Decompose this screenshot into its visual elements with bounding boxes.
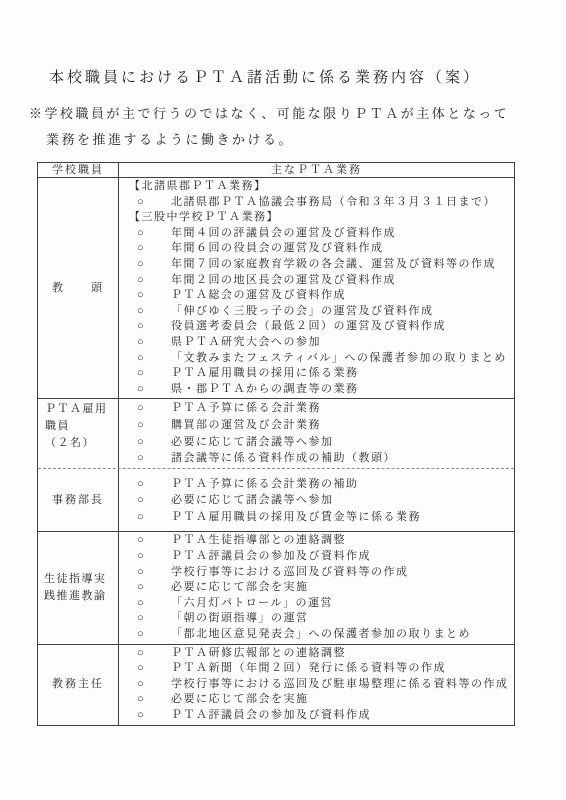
circle-bullet-icon: ○ [129,382,171,398]
duty-item: ○必要に応じて部会を実施 [129,692,512,708]
duty-item: ○ＰＴＡ雇用職員の採用に係る業務 [129,366,512,382]
duty-text: 「文教みまたフェスティバル」への保護者参加の取りまとめ [171,351,507,367]
duty-item: ○年間２回の地区長会の運営及び資料作成 [129,273,512,289]
duty-text: 「朝の街頭指導」の運営 [171,611,309,627]
duty-text: 「伸びゆく三股っ子の会」の運営及び資料作成 [171,304,434,320]
duty-text: 諸会議等に係る資料作成の補助（教頭） [171,450,396,467]
staff-cell: ＰＴＡ雇用職員（２名） [38,399,119,467]
duty-item: ○「六月灯パトロール」の運営 [129,596,512,612]
header-duties-column: 主なＰＴＡ業務 [119,163,514,177]
circle-bullet-icon: ○ [129,708,171,724]
duty-text: ＰＴＡ総会の運営及び資料作成 [171,288,346,304]
duty-text: 必要に応じて部会を実施 [171,580,309,596]
duty-item: ○年間６回の役員会の運営及び資料作成 [129,241,512,257]
duty-item: ○ＰＴＡ評議員会の参加及び資料作成 [129,708,512,724]
circle-bullet-icon: ○ [129,533,171,549]
duty-item: ○年間７回の家庭教育学級の各会議、運営及び資料等の作成 [129,257,512,273]
duty-item: ○北諸県郡ＰＴＡ協議会事務局（令和３年３月３１日まで） [129,195,512,211]
duty-text: ＰＴＡ予算に係る会計業務の補助 [171,476,359,493]
circle-bullet-icon: ○ [129,351,171,367]
circle-bullet-icon: ○ [129,288,171,304]
circle-bullet-icon: ○ [129,257,171,273]
duty-text: 購買部の運営及び会計業務 [171,417,321,434]
circle-bullet-icon: ○ [129,450,171,467]
circle-bullet-icon: ○ [129,366,171,382]
duty-item: ○必要に応じて諸会議等へ参加 [129,434,512,451]
table-row: 教 頭 【北諸県郡ＰＴＡ業務】○北諸県郡ＰＴＡ協議会事務局（令和３年３月３１日ま… [38,178,514,398]
duties-cell: ○ＰＴＡ生徒指導部との連絡調整○ＰＴＡ評議員会の参加及び資料作成○学校行事等にお… [119,532,514,643]
duty-text: 県ＰＴＡ研究大会への参加 [171,335,321,351]
duty-item: ○県ＰＴＡ研究大会への参加 [129,335,512,351]
duty-text: ＰＴＡ生徒指導部との連絡調整 [171,533,346,549]
header-staff-column: 学校職員 [38,163,119,177]
circle-bullet-icon: ○ [129,646,171,662]
duty-item: ○「朝の街頭指導」の運営 [129,611,512,627]
duty-item: ○ＰＴＡ研修広報部との連絡調整 [129,646,512,662]
staff-label-line: 生徒指導実 [44,571,107,588]
table-row: 事務部長 ○ＰＴＡ予算に係る会計業務の補助○必要に応じて諸会議等へ参加○ＰＴＡ雇… [38,468,514,532]
document-title: 本校職員におけるＰＴＡ諸活動に係る業務内容（案） [0,66,530,87]
table-rows: 教 頭 【北諸県郡ＰＴＡ業務】○北諸県郡ＰＴＡ協議会事務局（令和３年３月３１日ま… [38,178,514,725]
duty-text: 必要に応じて諸会議等へ参加 [171,434,334,451]
circle-bullet-icon: ○ [129,627,171,643]
duty-item: ○ＰＴＡ生徒指導部との連絡調整 [129,533,512,549]
duties-table: 学校職員 主なＰＴＡ業務 教 頭 【北諸県郡ＰＴＡ業務】○北諸県郡ＰＴＡ協議会事… [37,162,515,726]
staff-label-line: 職員 [45,418,70,435]
duty-text: 学校行事等における巡回及び資料等の作成 [171,565,409,581]
duty-item: ○県・郡ＰＴＡからの調査等の業務 [129,382,512,398]
scanned-document-page: 本校職員におけるＰＴＡ諸活動に係る業務内容（案） ※学校職員が主で行うのではなく… [0,0,566,800]
duty-item: ○学校行事等における巡回及び駐車場整理に係る資料等の作成 [129,677,512,693]
staff-cell: 教 頭 [38,178,119,398]
circle-bullet-icon: ○ [129,304,171,320]
table-header-row: 学校職員 主なＰＴＡ業務 [38,163,514,178]
duty-text: 年間６回の役員会の運営及び資料作成 [171,241,384,257]
note: ※学校職員が主で行うのではなく、可能な限りＰＴＡが主体となって 業務を推進するよ… [29,101,566,153]
circle-bullet-icon: ○ [129,273,171,289]
section-heading: 【北諸県郡ＰＴＡ業務】 [129,179,512,195]
staff-label-line: 教務主任 [52,676,104,693]
duty-text: ＰＴＡ評議員会の参加及び資料作成 [171,549,371,565]
duty-text: 年間７回の家庭教育学級の各会議、運営及び資料等の作成 [171,257,496,273]
duty-item: ○ＰＴＡ総会の運営及び資料作成 [129,288,512,304]
duty-text: 「六月灯パトロール」の運営 [171,596,333,612]
circle-bullet-icon: ○ [129,692,171,708]
table-row: 生徒指導実践推進教諭 ○ＰＴＡ生徒指導部との連絡調整○ＰＴＡ評議員会の参加及び資… [38,531,514,643]
circle-bullet-icon: ○ [129,661,171,677]
staff-label-line: ＰＴＡ雇用 [45,401,108,418]
staff-cell: 教務主任 [38,645,119,725]
duty-item: ○学校行事等における巡回及び資料等の作成 [129,565,512,581]
circle-bullet-icon: ○ [129,319,171,335]
duty-item: ○年間４回の評議員会の運営及び資料作成 [129,226,512,242]
note-line-2: 業務を推進するように働きかける。 [46,127,566,153]
note-line-1: ※学校職員が主で行うのではなく、可能な限りＰＴＡが主体となって [29,101,566,127]
circle-bullet-icon: ○ [129,226,171,242]
staff-cell: 生徒指導実践推進教諭 [38,532,119,643]
duty-text: 学校行事等における巡回及び駐車場整理に係る資料等の作成 [171,677,509,693]
duty-item: ○「伸びゆく三股っ子の会」の運営及び資料作成 [129,304,512,320]
duty-text: ＰＴＡ雇用職員の採用に係る業務 [171,366,359,382]
duty-item: ○購買部の運営及び会計業務 [129,417,512,434]
duty-text: ＰＴＡ雇用職員の採用及び賃金等に係る業務 [171,509,421,526]
circle-bullet-icon: ○ [129,400,171,417]
duties-cell: ○ＰＴＡ予算に係る会計業務の補助○必要に応じて諸会議等へ参加○ＰＴＡ雇用職員の採… [119,469,514,532]
circle-bullet-icon: ○ [129,509,171,526]
duty-item: ○ＰＴＡ予算に係る会計業務 [129,400,512,417]
staff-label-line: （２名） [45,435,95,452]
duty-item: ○ＰＴＡ新聞（年間２回）発行に係る資料等の作成 [129,661,512,677]
duty-text: ＰＴＡ新聞（年間２回）発行に係る資料等の作成 [171,661,446,677]
table-row: ＰＴＡ雇用職員（２名） ○ＰＴＡ予算に係る会計業務○購買部の運営及び会計業務○必… [38,398,514,467]
staff-label-line: 教 頭 [52,280,104,297]
duties-cell: ○ＰＴＡ予算に係る会計業務○購買部の運営及び会計業務○必要に応じて諸会議等へ参加… [119,399,514,467]
duty-text: 役員選考委員会（最低２回）の運営及び資料作成 [171,319,446,335]
staff-label-line: 践推進教諭 [44,588,107,605]
circle-bullet-icon: ○ [129,580,171,596]
duty-item: ○役員選考委員会（最低２回）の運営及び資料作成 [129,319,512,335]
circle-bullet-icon: ○ [129,549,171,565]
duty-item: ○諸会議等に係る資料作成の補助（教頭） [129,450,512,467]
circle-bullet-icon: ○ [129,417,171,434]
duty-text: 北諸県郡ＰＴＡ協議会事務局（令和３年３月３１日まで） [171,195,496,211]
duty-text: 必要に応じて諸会議等へ参加 [171,492,334,509]
duty-text: ＰＴＡ研修広報部との連絡調整 [171,646,346,662]
duty-item: ○必要に応じて諸会議等へ参加 [129,492,512,509]
duty-item: ○必要に応じて部会を実施 [129,580,512,596]
circle-bullet-icon: ○ [129,611,171,627]
circle-bullet-icon: ○ [129,492,171,509]
duty-text: 年間４回の評議員会の運営及び資料作成 [171,226,396,242]
staff-label-line: 事務部長 [52,492,104,509]
duty-text: 年間２回の地区長会の運営及び資料作成 [171,273,396,289]
duty-text: ＰＴＡ予算に係る会計業務 [171,400,321,417]
duties-cell: 【北諸県郡ＰＴＡ業務】○北諸県郡ＰＴＡ協議会事務局（令和３年３月３１日まで）【三… [119,178,514,398]
staff-cell: 事務部長 [38,469,119,532]
duty-item: ○ＰＴＡ評議員会の参加及び資料作成 [129,549,512,565]
section-heading: 【三股中学校ＰＴＡ業務】 [129,210,512,226]
duty-item: ○ＰＴＡ予算に係る会計業務の補助 [129,476,512,493]
duty-text: ＰＴＡ評議員会の参加及び資料作成 [171,708,371,724]
circle-bullet-icon: ○ [129,565,171,581]
circle-bullet-icon: ○ [129,195,171,211]
duty-item: ○「文教みまたフェスティバル」への保護者参加の取りまとめ [129,351,512,367]
duty-text: 県・郡ＰＴＡからの調査等の業務 [171,382,359,398]
duty-text: 「都北地区意見発表会」への保護者参加の取りまとめ [171,627,471,643]
circle-bullet-icon: ○ [129,596,171,612]
duties-cell: ○ＰＴＡ研修広報部との連絡調整○ＰＴＡ新聞（年間２回）発行に係る資料等の作成○学… [119,645,514,725]
duty-text: 必要に応じて部会を実施 [171,692,309,708]
circle-bullet-icon: ○ [129,677,171,693]
duty-item: ○ＰＴＡ雇用職員の採用及び賃金等に係る業務 [129,509,512,526]
table-row: 教務主任 ○ＰＴＡ研修広報部との連絡調整○ＰＴＡ新聞（年間２回）発行に係る資料等… [38,644,514,725]
circle-bullet-icon: ○ [129,335,171,351]
circle-bullet-icon: ○ [129,434,171,451]
duty-item: ○「都北地区意見発表会」への保護者参加の取りまとめ [129,627,512,643]
circle-bullet-icon: ○ [129,241,171,257]
circle-bullet-icon: ○ [129,476,171,493]
